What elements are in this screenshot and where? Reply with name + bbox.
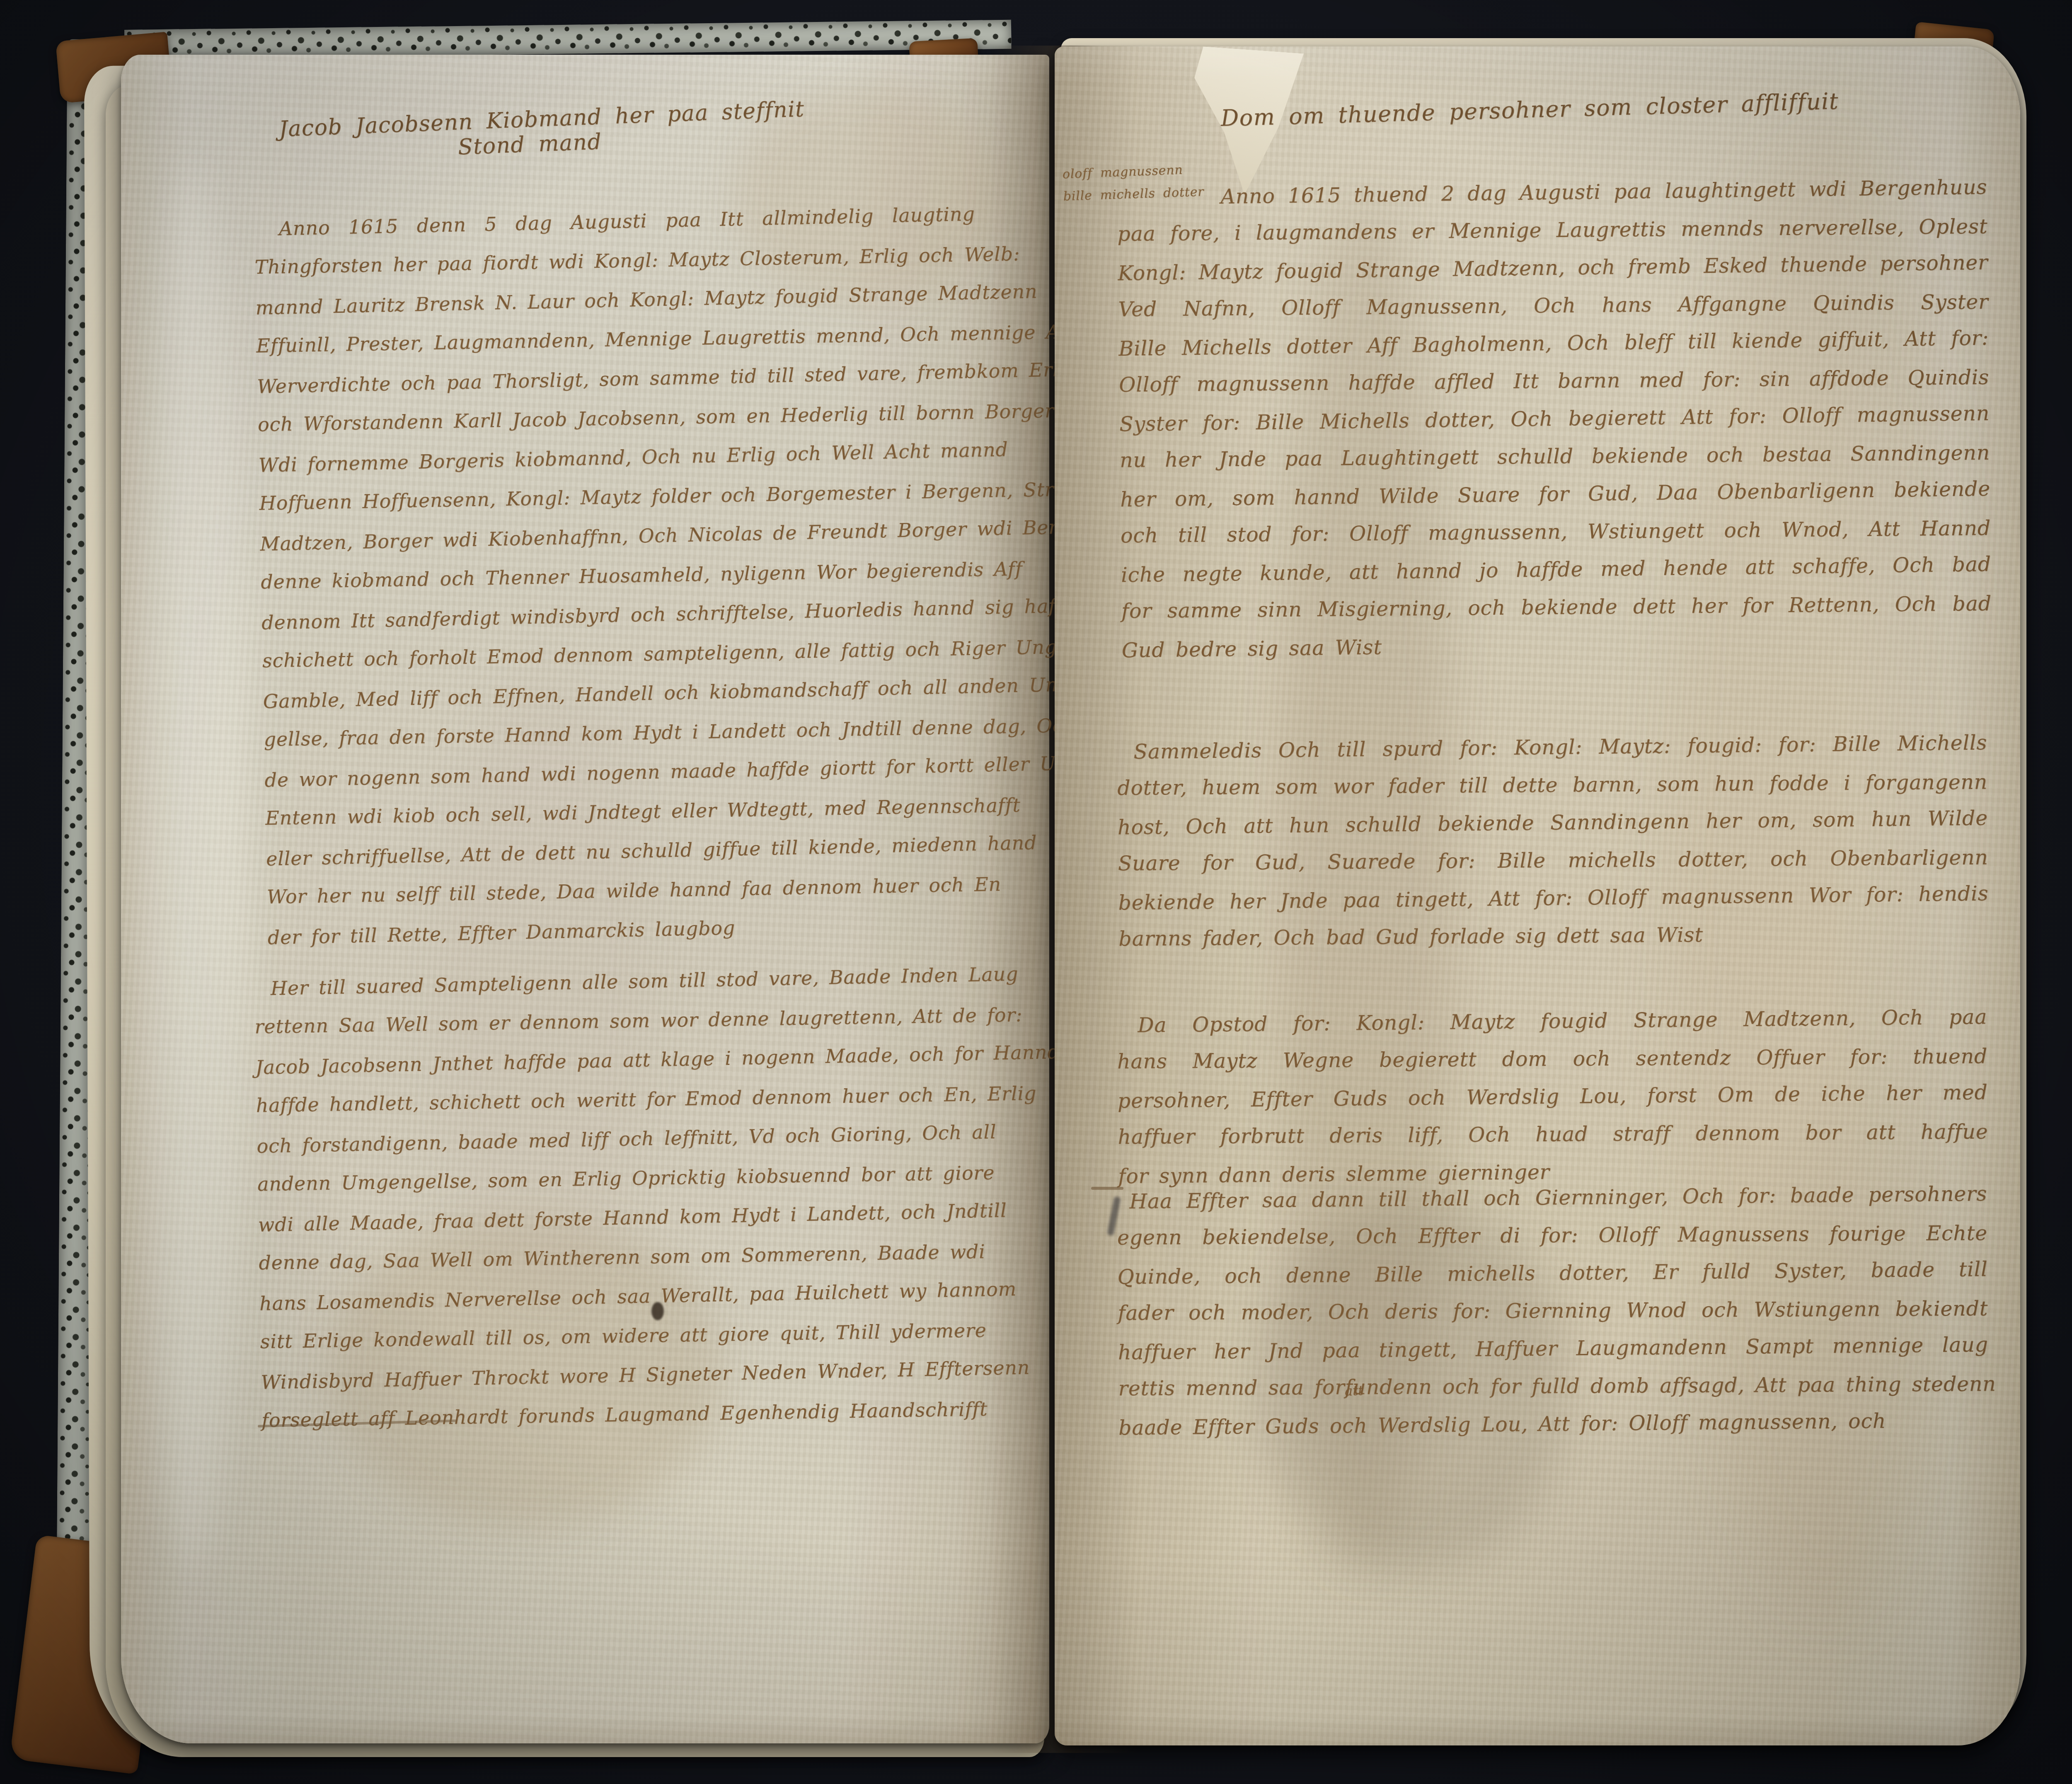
page-stain — [436, 676, 651, 1298]
handwriting-line: hans Losamendis Nerverellse och saa Wera… — [259, 1270, 981, 1324]
handwriting-line: schichett och forholt Emod dennom sampte… — [262, 629, 983, 680]
right-paragraph-2: Sammeledis Och till spurd for: Kongl: Ma… — [1117, 725, 1989, 959]
handwriting-line: paa fore, i laugmandens er Mennige Laugr… — [1117, 208, 1988, 253]
handwriting-line: Hoffuenn Hoffuensenn, Kongl: Maytz folde… — [259, 471, 980, 523]
margin-note-line: oloff magnussenn — [1062, 159, 1187, 186]
left-heading-line-2: Stond mand — [279, 114, 1005, 167]
handwriting-line: Kongl: Maytz fougid Strange Madtzenn, oc… — [1118, 244, 1988, 292]
handwriting-line: denne kiobmand och Thenner Huosamheld, n… — [260, 550, 982, 602]
handwriting-line: nu her Jnde paa Laughtingett schulld bek… — [1120, 434, 1990, 479]
right-heading-line: Dom om thuende persohner som closter aff… — [1220, 83, 2008, 131]
handwriting-line: haffuer forbrutt deris liff, Och huad st… — [1118, 1113, 1988, 1156]
handwriting-line: der for till Rette, Effter Danmarckis la… — [267, 903, 989, 957]
interlinear-insertion: att — [1344, 1382, 1363, 1399]
paper-texture-right — [1055, 46, 2020, 1745]
torn-paper-flap — [1186, 46, 1308, 198]
left-paragraph-1: Anno 1615 denn 5 dag Augusti paa Itt all… — [254, 195, 989, 957]
handwriting-line: for synn dann deris slemme gierninger — [1118, 1149, 1989, 1195]
handwriting-line: och Wforstandenn Karll Jacob Jacobsenn, … — [257, 392, 979, 444]
left-paragraph-2: Her till suared Sampteligenn alle som ti… — [254, 956, 983, 1441]
handwriting-line: haffde handlett, schichett och weritt fo… — [256, 1075, 977, 1125]
photo-of-open-manuscript-book: 3 Jacob Jacobsenn Kiobmand her paa steff… — [0, 0, 2072, 1784]
left-heading-line-1: Jacob Jacobsenn Kiobmand her paa steffni… — [278, 89, 1004, 142]
handwriting-line: bekiende her Jnde paa tingett, Att for: … — [1118, 874, 1989, 922]
page-stain — [328, 1215, 722, 1526]
handwriting-line: andenn Umgengellse, som en Erlig Oprickt… — [257, 1153, 978, 1204]
left-page: Jacob Jacobsenn Kiobmand her paa steffni… — [121, 55, 1049, 1743]
right-paragraph-1: Anno 1615 thuend 2 dag Augusti paa laugh… — [1117, 169, 1992, 668]
handwriting-line: Wdi fornemme Borgeris kiobmannd, Och nu … — [258, 431, 980, 485]
handwriting-line: Entenn wdi kiob och sell, wdi Jndtegt el… — [265, 786, 986, 838]
handwriting-line: eller schriffuellse, Att de dett nu schu… — [266, 824, 988, 879]
handwriting-line: Olloff magnussenn haffde affled Itt barn… — [1119, 358, 1990, 404]
left-page-heading: Jacob Jacobsenn Kiobmand her paa steffni… — [278, 89, 1005, 167]
handwriting-line: persohner, Effter Guds och Werdslig Lou,… — [1117, 1073, 1988, 1120]
handwriting-line: och till stod for: Olloff magnussenn, Ws… — [1121, 509, 1991, 554]
handwriting-line: Bille Michells dotter Aff Bagholmenn, Oc… — [1118, 319, 1989, 368]
handwriting-line: haffuer her Jnd paa tingett, Haffuer Lau… — [1118, 1326, 1988, 1371]
handwriting-line: Quinde, och denne Bille michells dotter,… — [1117, 1250, 1988, 1296]
paper-texture-left — [121, 55, 1049, 1743]
handwriting-line: Haa Effter saa dann till thall och Giern… — [1117, 1175, 1987, 1220]
handwriting-line: gellse, fraa den forste Hannd kom Hydt i… — [264, 707, 985, 759]
handwriting-line: Wor her nu selff till stede, Daa wilde h… — [266, 865, 988, 917]
handwriting-line: rettenn Saa Well som er dennom som wor d… — [254, 996, 976, 1046]
handwriting-line: iche negte kunde, att hannd jo haffde me… — [1121, 545, 1991, 594]
right-page-heading: Dom om thuende persohner som closter aff… — [1220, 83, 2008, 131]
handwriting-line: wdi alle Maade, fraa dett forste Hannd k… — [258, 1191, 980, 1245]
marbled-cover-edge-top — [124, 20, 1012, 59]
right-paragraph-3: Da Opstod for: Kongl: Maytz fougid Stran… — [1117, 999, 1989, 1194]
handwriting-line: och forstandigenn, baade med liff och le… — [257, 1113, 978, 1166]
handwriting-line: fader och moder, Och deris for: Giernnin… — [1118, 1290, 1988, 1332]
right-page: Dom om thuende persohner som closter aff… — [1055, 46, 2020, 1745]
handwriting-line: dotter, huem som wor fader till dette ba… — [1117, 763, 1988, 807]
handwriting-line: dennom Itt sandferdigt windisbyrd och sc… — [261, 588, 983, 643]
handwriting-line: Madtzen, Borger wdi Kiobenhaffnn, Och Ni… — [260, 509, 982, 564]
handwriting-line: hans Maytz Wegne begierett dom och sente… — [1117, 1037, 1988, 1080]
handwriting-line: host, Och att hun schulld bekiende Sannd… — [1118, 799, 1988, 846]
handwriting-line: Werverdichte och paa Thorsligt, som samm… — [257, 352, 978, 407]
pen-flourish-underline — [258, 1419, 457, 1427]
handwriting-line: Jacob Jacobsenn Jnthet haffde paa att kl… — [255, 1034, 977, 1087]
handwriting-line: her om, som hannd Wilde Suare for Gud, D… — [1120, 470, 1991, 518]
page-stain — [1668, 129, 1983, 1621]
gutter-margin-note: oloff magnussennbille michells dotter — [1062, 159, 1188, 208]
handwriting-line: Windisbyrd Haffuer Throckt wore H Signet… — [261, 1349, 983, 1402]
page-stain — [133, 162, 249, 1571]
handwriting-line: Anno 1615 thuend 2 dag Augusti paa laugh… — [1117, 168, 1987, 217]
handwriting-line: de wor nogenn som hand wdi nogenn maade … — [264, 746, 986, 800]
handwriting-line: Ved Nafnn, Olloff Magnussenn, Och hans A… — [1118, 283, 1989, 328]
page-stain — [1278, 204, 1452, 1571]
wormhole — [651, 1302, 664, 1320]
handwriting-line: Anno 1615 denn 5 dag Augusti paa Itt all… — [254, 194, 975, 249]
page-stain — [1254, 1198, 1569, 1571]
right-paragraph-4: Haa Effter saa dann till thall och Giern… — [1117, 1176, 1989, 1446]
handwriting-line: barnns fader, Och bad Gud forlade sig de… — [1118, 914, 1989, 958]
page-stain — [734, 88, 1000, 303]
handwriting-line: Her till suared Sampteligenn alle som ti… — [254, 955, 975, 1009]
handwriting-line: Thingforsten her paa fiordt wdi Kongl: M… — [254, 235, 976, 287]
handwriting-line: Effuinll, Prester, Laugmanndenn, Mennige… — [256, 314, 978, 366]
handwriting-line: baade Effter Guds och Werdslig Lou, Att … — [1118, 1401, 1989, 1447]
handwriting-line: egenn bekiendelse, Och Effter di for: Ol… — [1117, 1214, 1987, 1256]
handwriting-line: denne dag, Saa Well om Wintherenn som om… — [259, 1232, 980, 1283]
handwriting-line: Da Opstod for: Kongl: Maytz fougid Stran… — [1117, 998, 1987, 1044]
handwriting-line: mannd Lauritz Brensk N. Laur och Kongl: … — [255, 273, 977, 328]
handwriting-line: rettis mennd saa forfundenn och for full… — [1118, 1365, 1988, 1407]
handwriting-line: Gud bedre sig saa Wist — [1121, 621, 1992, 669]
handwriting-line: Suare for Gud, Suarede for: Bille michel… — [1118, 838, 1988, 882]
handwriting-line: Syster for: Bille Michells dotter, Och b… — [1119, 395, 1990, 443]
ink-smudge — [1107, 1196, 1121, 1236]
handwriting-line: forseglett aff Leonhardt forunds Laugman… — [261, 1389, 983, 1440]
handwriting-line: sitt Erlige kondewall till os, om widere… — [260, 1311, 981, 1361]
margin-dash-mark — [1091, 1187, 1123, 1190]
handwriting-line: for samme sinn Misgierning, och bekiende… — [1121, 585, 1992, 630]
margin-note-line: bille michells dotter — [1063, 182, 1188, 208]
handwriting-line: Gamble, Med liff och Effnen, Handell och… — [263, 667, 985, 721]
handwriting-line: Sammeledis Och till spurd for: Kongl: Ma… — [1117, 724, 1987, 771]
